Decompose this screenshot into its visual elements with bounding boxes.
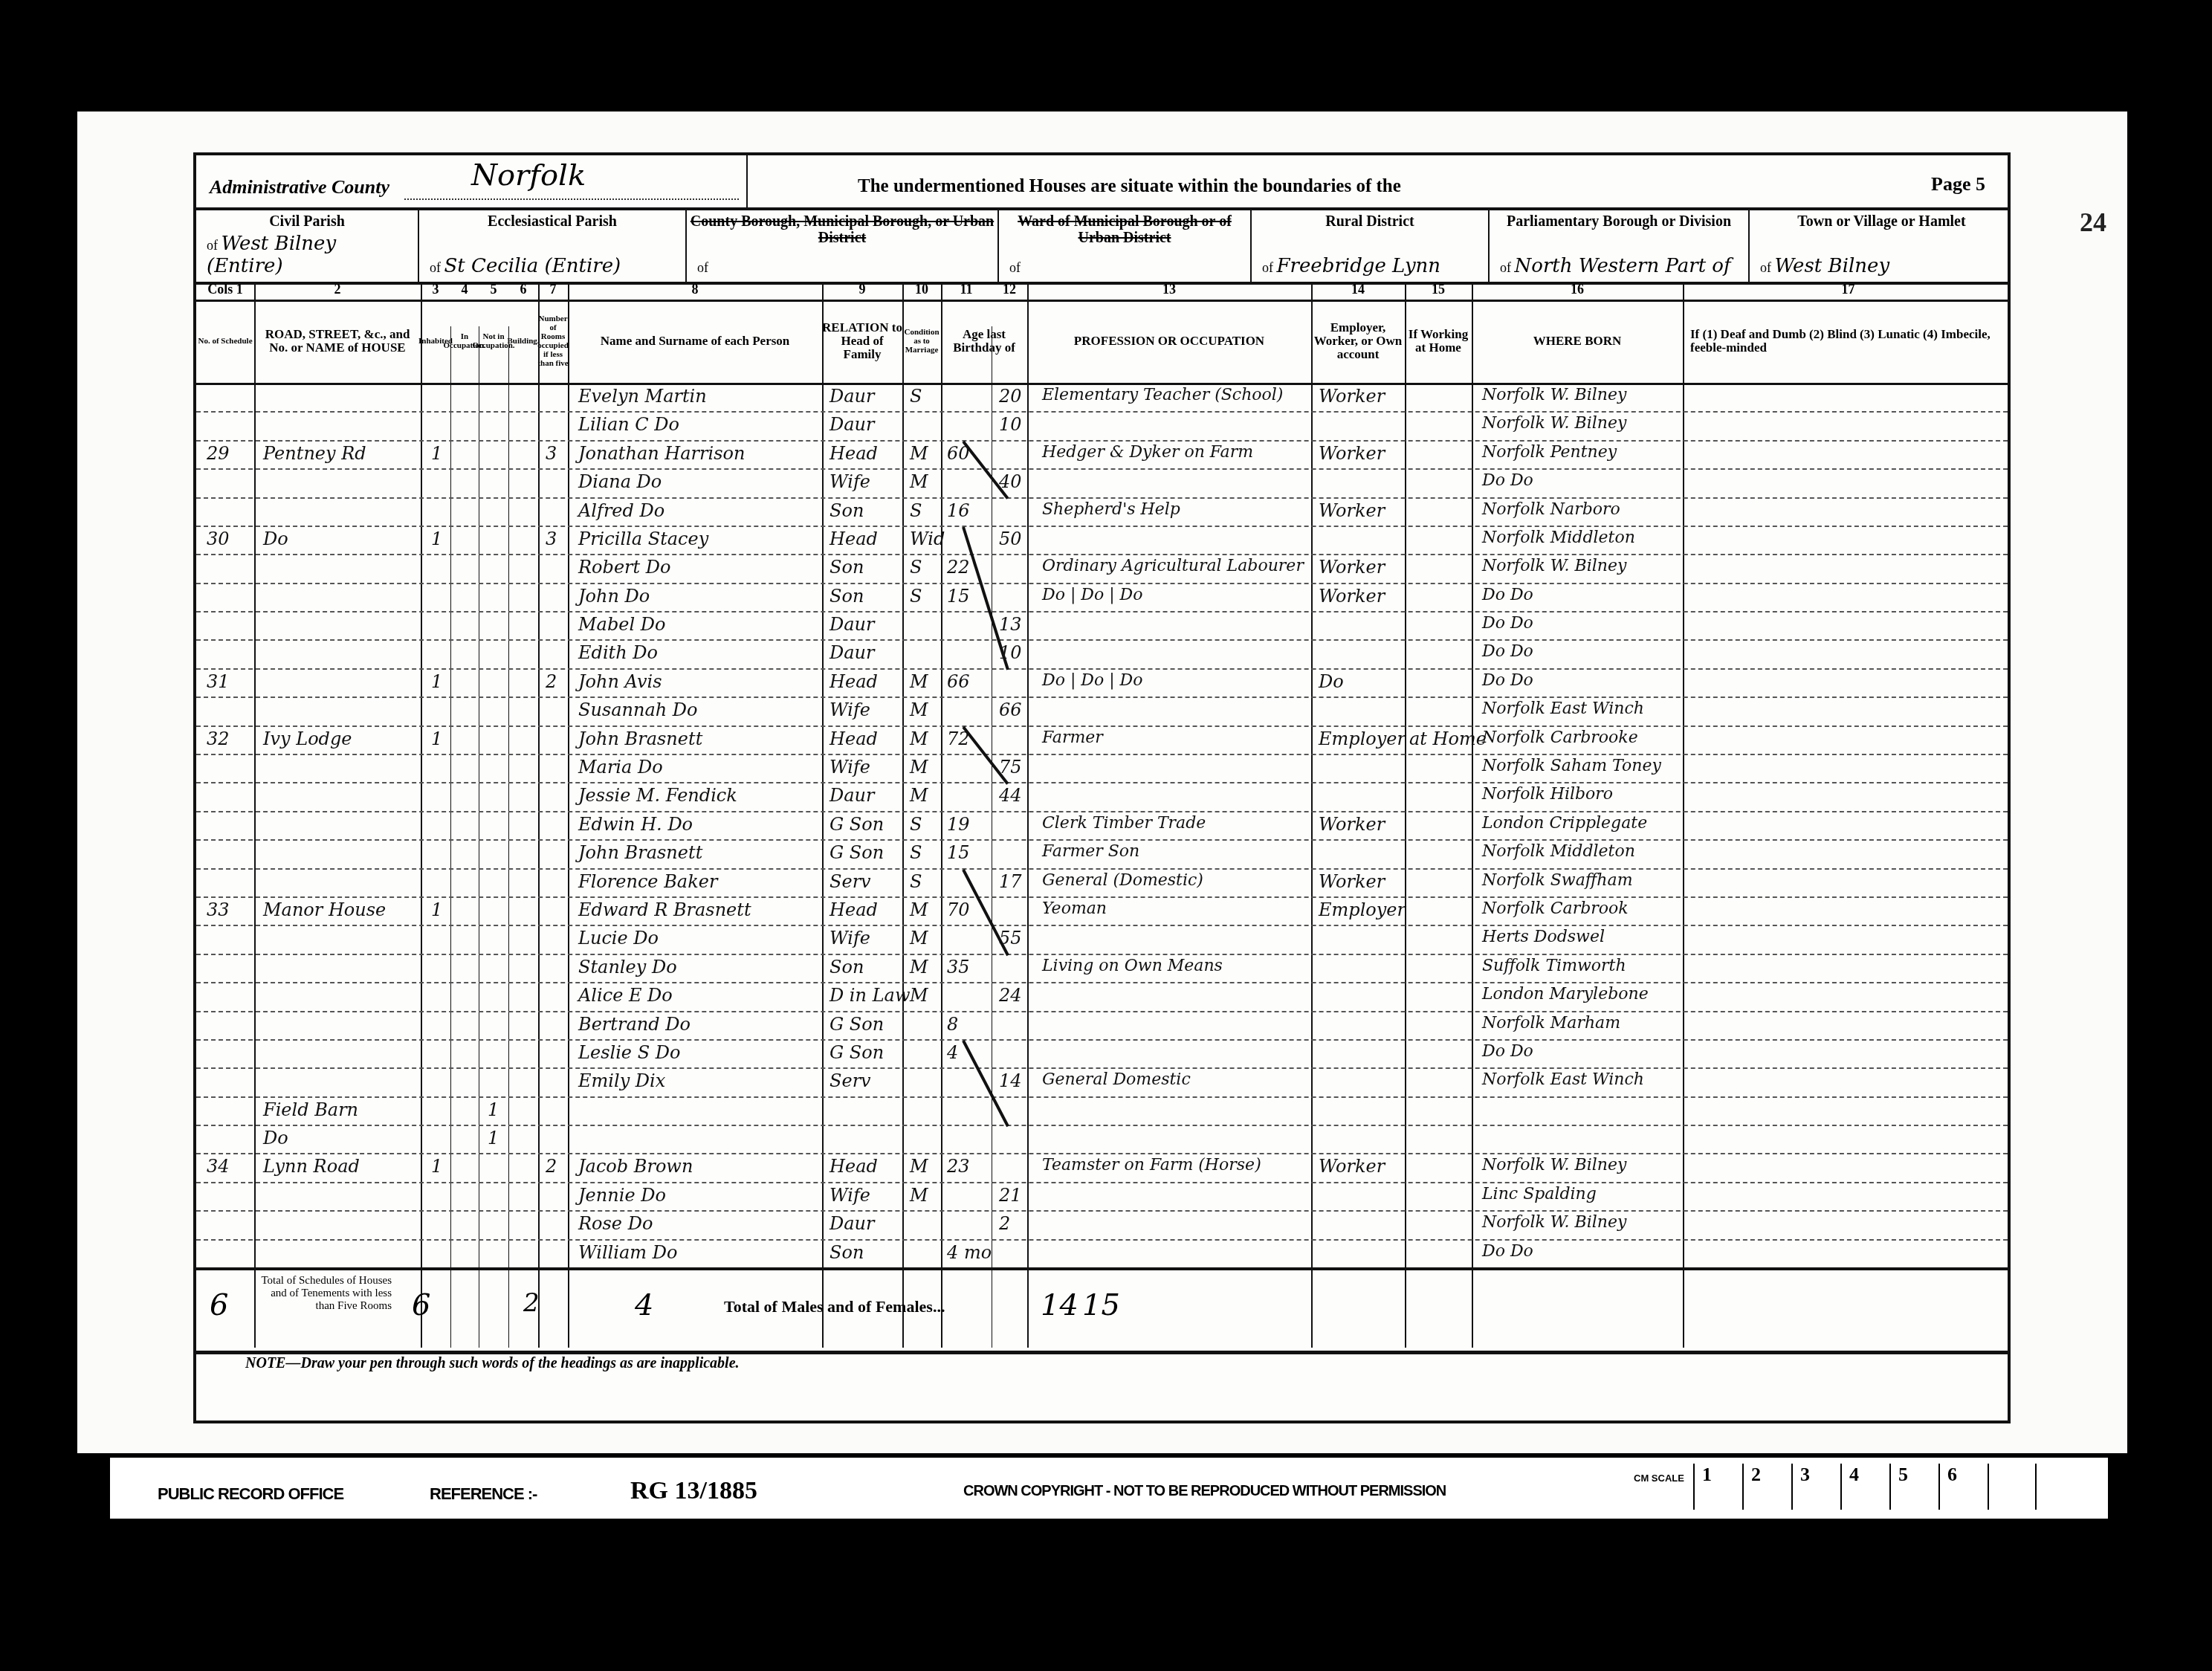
cell-name: John Avis (578, 671, 662, 692)
census-row: Rose DoDaur2Norfolk W. Bilney (196, 1210, 2008, 1240)
district-label: County Borough, Municipal Borough, or Ur… (687, 213, 997, 246)
scale-mark-blank (1988, 1464, 2037, 1510)
cell-name: Stanley Do (578, 957, 677, 977)
cell-uninhabited: 1 (488, 1099, 499, 1120)
column-number: 15 (1405, 282, 1472, 297)
census-row: Evelyn MartinDaurS20Elementary Teacher (… (196, 383, 2008, 413)
cell-male-age: 35 (947, 957, 970, 977)
county-value: Norfolk (471, 158, 586, 193)
cell-relation: G Son (829, 1042, 884, 1063)
cell-schedule: 31 (207, 671, 230, 692)
cell-rooms: 3 (546, 529, 557, 549)
cell-condition: S (910, 386, 922, 407)
cell-born: Norfolk W. Bilney (1482, 557, 1626, 575)
column-number: 7 (538, 282, 568, 297)
cell-condition: M (910, 728, 928, 749)
county-underline (404, 198, 739, 200)
district-rural-district: Rural Districtof Freebridge Lynn (1252, 207, 1490, 282)
census-row: Alice E DoD in LawM24London Marylebone (196, 982, 2008, 1012)
cell-relation: G Son (829, 814, 884, 835)
column-number: 4 (450, 282, 479, 297)
cell-born: Norfolk East Winch (1482, 1070, 1644, 1089)
cell-relation: Son (829, 500, 864, 521)
scale-mark: 3 (1791, 1464, 1840, 1510)
cell-road: Lynn Road (263, 1156, 360, 1177)
cell-relation: Daur (829, 1213, 874, 1234)
cell-relation: Head (829, 899, 878, 920)
pro-footer: PUBLIC RECORD OFFICE REFERENCE :- RG 13/… (110, 1453, 2108, 1519)
cell-female-age: 66 (999, 699, 1022, 720)
of-label: of (1500, 260, 1515, 275)
header-schedule: No. of Schedule (196, 300, 254, 383)
cell-schedule: 30 (207, 529, 230, 549)
cm-scale: 123456 (1693, 1464, 2037, 1510)
cell-schedule: 33 (207, 899, 230, 920)
cell-condition: S (910, 842, 922, 863)
census-row: Alfred DoSonS16Shepherd's HelpWorkerNorf… (196, 497, 2008, 527)
cell-female-age: 20 (999, 386, 1022, 407)
side-page-number: 24 (2080, 207, 2106, 238)
district-value-text: St Cecilia (Entire) (444, 255, 621, 277)
district-value: of (697, 255, 708, 277)
cell-name: Edith Do (578, 642, 658, 663)
district-value-text: North Western Part of (1515, 255, 1731, 277)
cell-condition: S (910, 814, 922, 835)
census-row: 32Ivy Lodge1John BrasnettHeadM72FarmerEm… (196, 725, 2008, 755)
census-row: Edwin H. DoG SonS19Clerk Timber TradeWor… (196, 811, 2008, 841)
cell-occupation: Do | Do | Do (1042, 671, 1142, 690)
cell-rooms: 2 (546, 1156, 557, 1177)
cell-female-age: 21 (999, 1185, 1022, 1206)
scale-mark: 1 (1693, 1464, 1742, 1510)
cell-name: William Do (578, 1242, 677, 1263)
cell-condition: M (910, 957, 928, 977)
column-number: 13 (1027, 282, 1311, 297)
cell-name: Pricilla Stacey (578, 529, 708, 549)
cell-male-age: 15 (947, 586, 970, 607)
cell-relation: D in Law (829, 985, 910, 1006)
cell-born: Norfolk W. Bilney (1482, 1213, 1626, 1232)
census-row: Do1 (196, 1125, 2008, 1154)
cell-male-age: 15 (947, 842, 970, 863)
males-females-label: Total of Males and of Females... (724, 1297, 945, 1316)
column-number: 9 (822, 282, 902, 297)
cell-condition: M (910, 928, 928, 948)
cell-occupation: Farmer (1042, 728, 1103, 747)
cell-occupation: General Domestic (1042, 1070, 1191, 1089)
cell-born: Do Do (1482, 642, 1533, 661)
census-row: John BrasnettG SonS15Farmer SonNorfolk M… (196, 839, 2008, 869)
district-value-text: West Bilney (1775, 255, 1890, 277)
cell-name: Jennie Do (578, 1185, 666, 1206)
cell-name: Bertrand Do (578, 1014, 691, 1035)
cell-condition: M (910, 671, 928, 692)
cell-road: Field Barn (263, 1099, 358, 1120)
district-parliamentary-borough-or-division: Parliamentary Borough or Divisionof Nort… (1490, 207, 1750, 282)
cell-name: John Do (578, 586, 650, 607)
total-males: 14 (1041, 1288, 1078, 1322)
district-value: of North Western Part of (1500, 255, 1731, 277)
cell-occupation: Ordinary Agricultural Labourer (1042, 557, 1304, 575)
district-value: of (1009, 255, 1021, 277)
cell-relation: Wife (829, 757, 870, 778)
cell-name: Rose Do (578, 1213, 653, 1234)
cell-relation: Son (829, 586, 864, 607)
cell-employer: Worker (1319, 1156, 1385, 1177)
boundaries-text: The undermentioned Houses are situate wi… (858, 176, 1401, 197)
header-name: Name and Surname of each Person (568, 300, 822, 383)
column-number: 12 (992, 282, 1027, 297)
cell-born: Norfolk Carbrook (1482, 899, 1629, 918)
cell-name: Emily Dix (578, 1070, 665, 1091)
cell-condition: M (910, 1185, 928, 1206)
cell-relation: Wife (829, 928, 870, 948)
district-value-text: West Bilney (Entire) (207, 233, 336, 277)
cell-employer: Worker (1319, 500, 1385, 521)
cell-name: Alice E Do (578, 985, 673, 1006)
district-value: of West Bilney (Entire) (207, 233, 418, 277)
cell-employer: Worker (1319, 814, 1385, 835)
cell-born: Linc Spalding (1482, 1185, 1597, 1203)
cell-relation: Daur (829, 614, 874, 635)
cell-relation: Head (829, 728, 878, 749)
census-row: 30Do13Pricilla StaceyHeadWid50Norfolk Mi… (196, 526, 2008, 555)
cell-relation: Son (829, 557, 864, 578)
header-employer: Employer, Worker, or Own account (1311, 300, 1405, 383)
cell-male-age: 16 (947, 500, 970, 521)
district-ecclesiastical-parish: Ecclesiastical Parishof St Cecilia (Enti… (419, 207, 687, 282)
cell-male-age: 22 (947, 557, 970, 578)
cell-employer: Do (1319, 671, 1344, 692)
district-value: of Freebridge Lynn (1262, 255, 1440, 277)
cell-inhabited: 1 (431, 443, 442, 464)
cell-born: Norfolk W. Bilney (1482, 386, 1626, 404)
cell-occupation: Clerk Timber Trade (1042, 814, 1206, 833)
district-label: Parliamentary Borough or Division (1490, 213, 1748, 230)
cell-name: John Brasnett (578, 728, 702, 749)
scale-mark: 6 (1938, 1464, 1988, 1510)
column-numbers: Cols 1234567891011121314151617 (196, 282, 2008, 302)
census-row: Emily DixServ14General DomesticNorfolk E… (196, 1067, 2008, 1097)
total-schedules: 6 (210, 1288, 228, 1322)
census-row: 33Manor House1Edward R BrasnettHeadM70Ye… (196, 896, 2008, 926)
column-number: 6 (508, 282, 538, 297)
cell-relation: Daur (829, 642, 874, 663)
cell-inhabited: 1 (431, 728, 442, 749)
cell-employer: Worker (1319, 557, 1385, 578)
cell-uninhabited: 1 (488, 1128, 499, 1148)
district-value-text: Freebridge Lynn (1277, 255, 1441, 277)
census-row: John DoSonS15Do | Do | DoWorkerDo Do (196, 583, 2008, 613)
cell-name: Lilian C Do (578, 414, 679, 435)
column-number: 3 (421, 282, 450, 297)
district-label: Ecclesiastical Parish (419, 213, 685, 230)
district-ward-of-municipal-borough-or-of-urban-district: Ward of Municipal Borough or of Urban Di… (999, 207, 1252, 282)
census-row: 34Lynn Road12Jacob BrownHeadM23Teamster … (196, 1153, 2008, 1183)
cell-occupation: Yeoman (1042, 899, 1107, 918)
scale-mark: 5 (1889, 1464, 1938, 1510)
cell-male-age: 4 mo (947, 1242, 992, 1263)
column-number: Cols 1 (196, 282, 254, 297)
census-row: Susannah DoWifeM66Norfolk East Winch (196, 696, 2008, 726)
county-divider (746, 155, 748, 207)
cell-female-age: 50 (999, 529, 1022, 549)
census-row: Lilian C DoDaur10Norfolk W. Bilney (196, 411, 2008, 441)
cell-born: Do Do (1482, 671, 1533, 690)
header-relation: RELATION to Head of Family (822, 300, 902, 383)
of-label: of (1262, 260, 1277, 275)
office-label: PUBLIC RECORD OFFICE (158, 1484, 343, 1504)
census-row: Florence BakerServS17General (Domestic)W… (196, 868, 2008, 898)
county-label: Administrative County (210, 176, 389, 198)
cell-inhabited: 1 (431, 899, 442, 920)
header-occupation: PROFESSION OR OCCUPATION (1027, 300, 1311, 383)
cell-road: Do (263, 1128, 288, 1148)
census-row: William DoSon4 moDo Do (196, 1239, 2008, 1269)
header-working-home: If Working at Home (1405, 300, 1472, 383)
cell-road: Do (263, 529, 288, 549)
cell-relation: G Son (829, 1014, 884, 1035)
cell-relation: Son (829, 957, 864, 977)
cell-male-age: 19 (947, 814, 970, 835)
scale-label: CM SCALE (1634, 1473, 1684, 1484)
cell-road: Pentney Rd (263, 443, 366, 464)
cell-schedule: 29 (207, 443, 230, 464)
cell-schedule: 32 (207, 728, 230, 749)
cell-employer: Worker (1319, 443, 1385, 464)
cell-male-age: 66 (947, 671, 970, 692)
page-label: Page 5 (1931, 173, 1985, 195)
district-label: Ward of Municipal Borough or of Urban Di… (999, 213, 1250, 246)
cell-relation: Serv (829, 1070, 871, 1091)
cell-occupation: Do | Do | Do (1042, 586, 1142, 604)
reference-label: REFERENCE :- (430, 1484, 537, 1504)
census-row: Leslie S DoG Son4Do Do (196, 1039, 2008, 1069)
census-row: Jessie M. FendickDaurM44Norfolk Hilboro (196, 782, 2008, 812)
cell-employer: Employer (1319, 899, 1406, 920)
cell-male-age: 4 (947, 1042, 958, 1063)
cell-occupation: Shepherd's Help (1042, 500, 1180, 519)
total-uninhabited: 2 (523, 1288, 540, 1318)
cell-female-age: 13 (999, 614, 1022, 635)
reference-number: RG 13/1885 (630, 1477, 757, 1505)
cell-condition: M (910, 1156, 928, 1177)
cell-inhabited: 1 (431, 671, 442, 692)
header-condition: Condition as to Marriage (902, 300, 941, 383)
cell-name: Diana Do (578, 471, 662, 492)
totals-row: 6 Total of Schedules of Houses and of Te… (196, 1267, 2008, 1354)
census-row: 29Pentney Rd13Jonathan HarrisonHeadM60He… (196, 440, 2008, 470)
district-town-or-village-or-hamlet: Town or Village or Hamletof West Bilney (1750, 207, 2014, 282)
cell-name: Jacob Brown (578, 1156, 693, 1177)
copyright-notice: CROWN COPYRIGHT - NOT TO BE REPRODUCED W… (963, 1483, 1446, 1500)
cell-relation: Wife (829, 1185, 870, 1206)
cell-born: Do Do (1482, 471, 1533, 490)
cell-relation: Head (829, 1156, 878, 1177)
cell-occupation: Elementary Teacher (School) (1042, 386, 1283, 404)
district-value: of West Bilney (1760, 255, 1889, 277)
cell-condition: M (910, 757, 928, 778)
cell-condition: S (910, 586, 922, 607)
cell-female-age: 17 (999, 871, 1022, 892)
cell-relation: Wife (829, 471, 870, 492)
cell-occupation: Hedger & Dyker on Farm (1042, 443, 1253, 462)
cell-inhabited: 1 (431, 1156, 442, 1177)
cell-name: Leslie S Do (578, 1042, 680, 1063)
cell-born: Norfolk Pentney (1482, 443, 1617, 462)
census-row: Diana DoWifeM40Do Do (196, 468, 2008, 498)
cell-relation: G Son (829, 842, 884, 863)
cell-condition: M (910, 899, 928, 920)
totals-label: Total of Schedules of Houses and of Tene… (254, 1275, 392, 1313)
cell-occupation: Living on Own Means (1042, 957, 1223, 975)
cell-female-age: 24 (999, 985, 1022, 1006)
census-row: Edith DoDaur10Do Do (196, 639, 2008, 669)
cell-born: Norfolk Hilboro (1482, 785, 1613, 804)
of-label: of (430, 260, 444, 275)
of-label: of (697, 260, 708, 275)
cell-condition: M (910, 785, 928, 806)
column-number: 16 (1472, 282, 1683, 297)
header-rooms: Number of Rooms occupied if less than fi… (538, 300, 568, 383)
census-row: Mabel DoDaur13Do Do (196, 611, 2008, 641)
cell-employer: Employer (1319, 728, 1406, 749)
cell-name: Maria Do (578, 757, 663, 778)
cell-rooms: 2 (546, 671, 557, 692)
cell-occupation: Teamster on Farm (Horse) (1042, 1156, 1261, 1174)
cell-born: Norfolk Carbrooke (1482, 728, 1638, 747)
cell-relation: Daur (829, 386, 874, 407)
column-number: 11 (941, 282, 992, 297)
cell-name: Evelyn Martin (578, 386, 707, 407)
scale-mark: 2 (1742, 1464, 1791, 1510)
census-row: Robert DoSonS22Ordinary Agricultural Lab… (196, 554, 2008, 584)
cell-name: Mabel Do (578, 614, 665, 635)
cell-rooms: 3 (546, 443, 557, 464)
header-not-in-occupation: Not in Occupation. (479, 300, 508, 383)
cell-born: Do Do (1482, 614, 1533, 633)
column-number: 5 (479, 282, 508, 297)
cell-female-age: 14 (999, 1070, 1022, 1091)
cell-road: Manor House (263, 899, 386, 920)
cell-female-age: 2 (999, 1213, 1010, 1234)
cell-born: Norfolk East Winch (1482, 699, 1644, 718)
cell-relation: Serv (829, 871, 871, 892)
cell-female-age: 10 (999, 414, 1022, 435)
cell-relation: Wife (829, 699, 870, 720)
cell-born: Norfolk Narboro (1482, 500, 1620, 519)
cell-relation: Daur (829, 414, 874, 435)
district-row: Civil Parishof West Bilney (Entire)Eccle… (196, 207, 2008, 285)
cell-road: Ivy Lodge (263, 728, 352, 749)
of-label: of (207, 238, 221, 253)
district-label: Civil Parish (196, 213, 418, 230)
cell-employer: Worker (1319, 586, 1385, 607)
cell-home: at Home (1409, 728, 1487, 749)
cell-born: London Marylebone (1482, 985, 1649, 1003)
cell-name: Susannah Do (578, 699, 698, 720)
cell-condition: S (910, 557, 922, 578)
cell-name: Jessie M. Fendick (578, 785, 737, 806)
cell-born: Norfolk Marham (1482, 1014, 1620, 1032)
cell-name: Robert Do (578, 557, 671, 578)
header-row: Administrative County Norfolk The underm… (196, 155, 2008, 210)
cell-born: Norfolk Saham Toney (1482, 757, 1661, 775)
cell-born: Norfolk Middleton (1482, 842, 1635, 861)
cell-employer: Worker (1319, 386, 1385, 407)
total-rooms: 4 (635, 1288, 653, 1322)
cell-schedule: 34 (207, 1156, 230, 1177)
of-label: of (1760, 260, 1775, 275)
header-age: Age last Birthday of (941, 300, 1027, 383)
cell-relation: Head (829, 671, 878, 692)
cell-male-age: 70 (947, 899, 970, 920)
cell-employer: Worker (1319, 871, 1385, 892)
column-number: 17 (1683, 282, 2014, 297)
district-value: of St Cecilia (Entire) (430, 255, 621, 277)
header-building: Building. (508, 300, 538, 383)
cell-condition: M (910, 471, 928, 492)
cell-born: Norfolk Middleton (1482, 529, 1635, 547)
cell-condition: M (910, 443, 928, 464)
cell-relation: Head (829, 443, 878, 464)
column-headers: No. of ScheduleROAD, STREET, &c., and No… (196, 300, 2008, 385)
cell-name: Florence Baker (578, 871, 717, 892)
header-road: ROAD, STREET, &c., and No. or NAME of HO… (254, 300, 421, 383)
total-inhabited: 6 (412, 1288, 430, 1322)
cell-relation: Daur (829, 785, 874, 806)
cell-born: Suffolk Timworth (1482, 957, 1626, 975)
cell-condition: M (910, 699, 928, 720)
district-label: Rural District (1252, 213, 1488, 230)
census-row: Stanley DoSonM35Living on Own MeansSuffo… (196, 954, 2008, 983)
census-row: Maria DoWifeM75Norfolk Saham Toney (196, 754, 2008, 783)
of-label: of (1009, 260, 1021, 275)
cell-born: Do Do (1482, 1042, 1533, 1061)
column-number: 8 (568, 282, 822, 297)
cell-condition: S (910, 871, 922, 892)
cell-born: London Cripplegate (1482, 814, 1647, 833)
census-row: 3112John AvisHeadM66Do | Do | DoDoDo Do (196, 668, 2008, 698)
cell-male-age: 8 (947, 1014, 958, 1035)
column-number: 10 (902, 282, 941, 297)
column-number: 14 (1311, 282, 1405, 297)
total-females: 15 (1082, 1288, 1120, 1322)
footnote: NOTE—Draw your pen through such words of… (245, 1355, 740, 1372)
cell-name: John Brasnett (578, 842, 702, 863)
cell-name: Lucie Do (578, 928, 659, 948)
scale-mark: 4 (1840, 1464, 1889, 1510)
cell-name: Edward R Brasnett (578, 899, 751, 920)
cell-male-age: 23 (947, 1156, 970, 1177)
district-label: Town or Village or Hamlet (1750, 213, 2014, 230)
cell-born: Do Do (1482, 586, 1533, 604)
cell-inhabited: 1 (431, 529, 442, 549)
census-row: Bertrand DoG Son8Norfolk Marham (196, 1011, 2008, 1041)
cell-born: Norfolk W. Bilney (1482, 414, 1626, 433)
cell-female-age: 44 (999, 785, 1022, 806)
census-form: Administrative County Norfolk The underm… (193, 152, 2011, 1423)
cell-relation: Head (829, 529, 878, 549)
column-number: 2 (254, 282, 421, 297)
cell-born: Do Do (1482, 1242, 1533, 1261)
cell-occupation: Farmer Son (1042, 842, 1139, 861)
cell-occupation: General (Domestic) (1042, 871, 1203, 890)
cell-born: Herts Dodswel (1482, 928, 1605, 946)
census-row: Jennie DoWifeM21Linc Spalding (196, 1182, 2008, 1212)
district-county-borough-municipal-borough-or-urban-district: County Borough, Municipal Borough, or Ur… (687, 207, 999, 282)
cell-relation: Son (829, 1242, 864, 1263)
